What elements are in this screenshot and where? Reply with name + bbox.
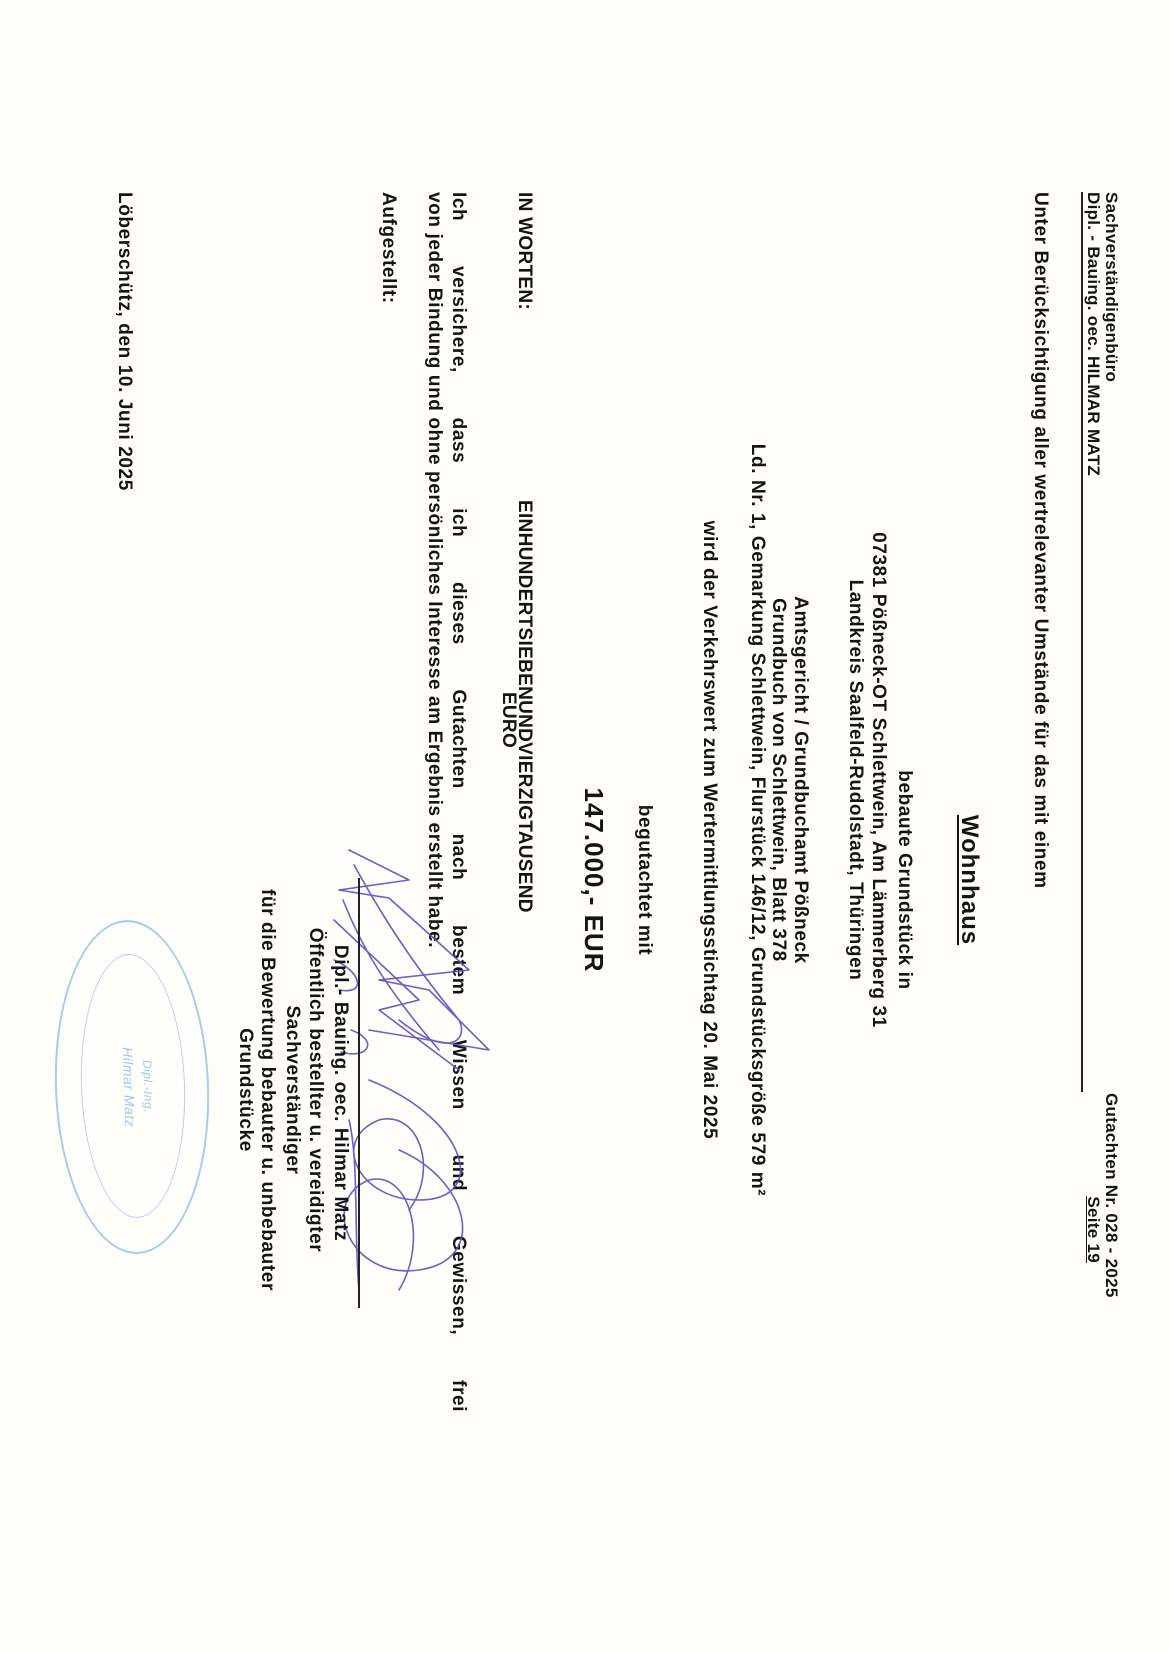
document-page: Sachverständigenbüro Dipl. - Bauing. oec… <box>0 0 1169 1653</box>
signer-role-2: Sachverständiger <box>281 840 303 1340</box>
header-divider <box>1081 192 1083 1092</box>
in-words-label: IN WORTEN: <box>513 192 535 310</box>
expert-name-header: Dipl. - Bauing. oec. HILMAR MATZ <box>1083 192 1103 476</box>
prepared-by-label: Aufgestellt: <box>377 192 399 304</box>
market-value-amount: 147.000,- EUR <box>578 470 609 1290</box>
land-register: Grundbuch von Schlettwein, Blatt 378 <box>767 370 789 1190</box>
page-number: Seite 19 <box>1083 1093 1103 1263</box>
court: Amtsgericht / Grundbuchamt Pößneck <box>789 370 811 1190</box>
property-district: Landkreis Saalfeld-Rudolstadt, Thüringen <box>844 370 866 1190</box>
signer-role-1: Öffentlich bestellter u. vereidigter <box>304 840 326 1340</box>
official-stamp: Dipl.-Ing. Hilmar Matz <box>49 917 215 1256</box>
valuation-statement: wird der Verkehrswert zum Wertermittlung… <box>698 280 720 1380</box>
parcel-info: Ld. Nr. 1, Gemarkung Schlettwein, Flurst… <box>746 210 768 1430</box>
page-title: Wohnhaus <box>955 600 983 1160</box>
property-line1: bebaute Grundstück in <box>893 470 915 1290</box>
signer-role-4: Grundstücke <box>234 760 256 1420</box>
report-number: Gutachten Nr. 028 - 2025 <box>1101 1093 1121 1263</box>
office-name: Sachverständigenbüro <box>1101 192 1121 382</box>
place-and-date: Löberschütz, den 10. Juni 2025 <box>113 192 135 491</box>
property-address: 07381 Pößneck-OT Schlettwein, Am Lämmerb… <box>867 370 889 1190</box>
signature-line <box>358 878 360 1308</box>
intro-text: Unter Berücksichtigung aller wertrelevan… <box>1029 192 1051 889</box>
signer-name: Dipl.- Bauing. oec. Hilmar Matz <box>329 878 351 1308</box>
assessed-with: begutachtet mit <box>633 470 655 1290</box>
signer-role-3: für die Bewertung bebauter u. unbebauter <box>256 760 278 1420</box>
